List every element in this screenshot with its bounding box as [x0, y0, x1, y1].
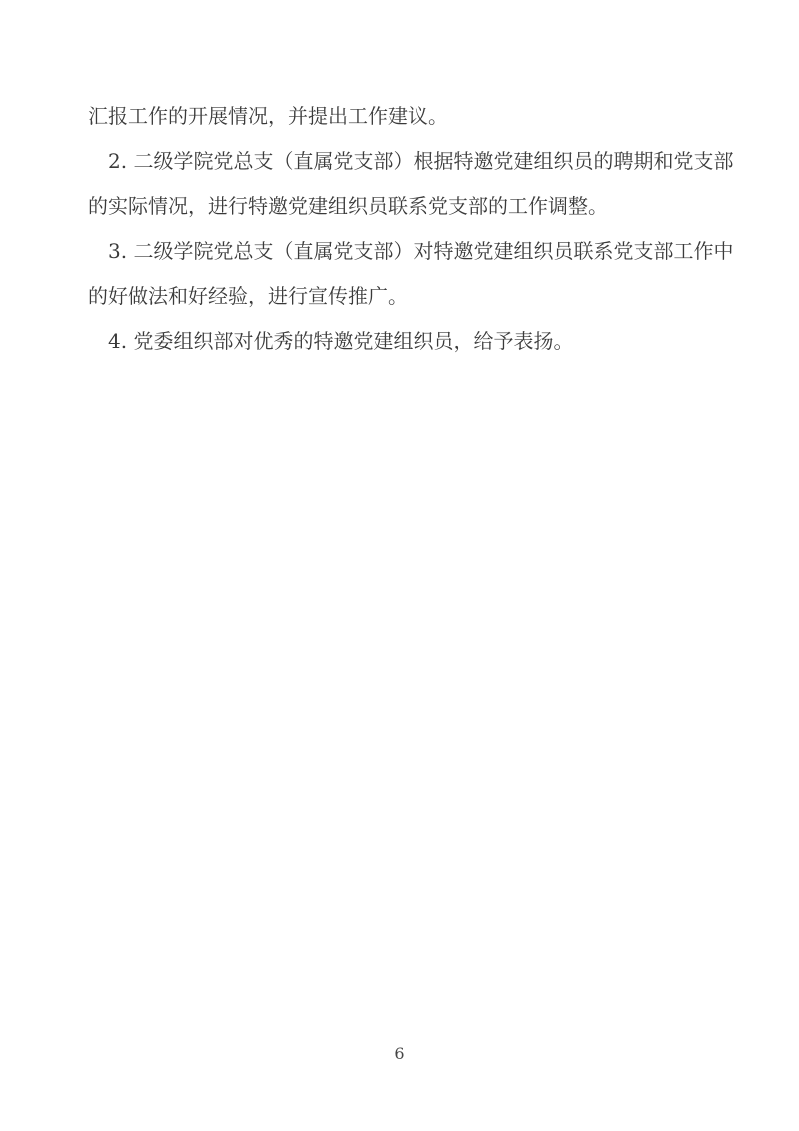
page-number: 6	[0, 1042, 799, 1066]
document-body: 汇报工作的开展情况，并提出工作建议。2. 二级学院党总支（直属党支部）根据特邀党…	[88, 94, 753, 364]
text-line: 汇报工作的开展情况，并提出工作建议。	[88, 94, 753, 139]
text-line: 4. 党委组织部对优秀的特邀党建组织员，给予表扬。	[88, 319, 753, 364]
document-page: 汇报工作的开展情况，并提出工作建议。2. 二级学院党总支（直属党支部）根据特邀党…	[0, 0, 799, 1131]
text-line: 2. 二级学院党总支（直属党支部）根据特邀党建组织员的聘期和党支部	[88, 139, 753, 184]
text-line: 的实际情况，进行特邀党建组织员联系党支部的工作调整。	[88, 184, 753, 229]
text-line: 的好做法和好经验，进行宣传推广。	[88, 274, 753, 319]
text-line: 3. 二级学院党总支（直属党支部）对特邀党建组织员联系党支部工作中	[88, 229, 753, 274]
